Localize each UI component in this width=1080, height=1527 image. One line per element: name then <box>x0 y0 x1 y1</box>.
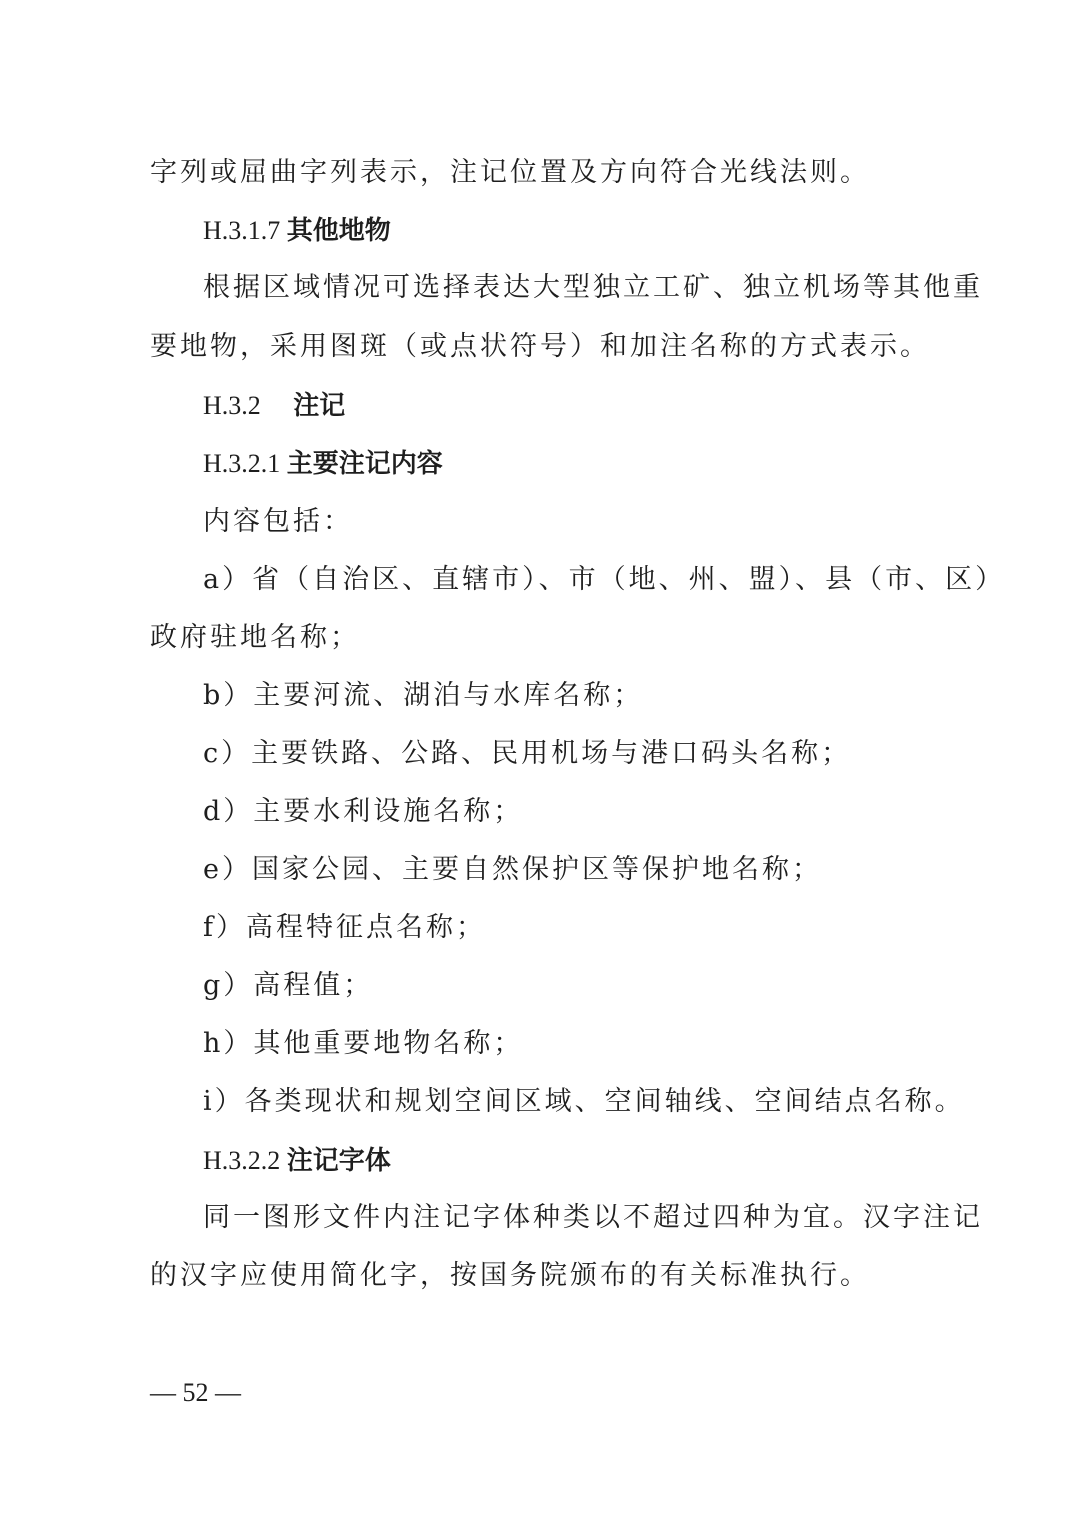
paragraph-line: 的汉字应使用简化字，按国务院颁布的有关标准执行。 <box>150 1258 870 1294</box>
paragraph-line: 同一图形文件内注记字体种类以不超过四种为宜。汉字注记 <box>203 1200 983 1236</box>
section-title: 其他地物 <box>287 216 391 246</box>
section-heading-h3-2-2: H.3.2.2 注记字体 <box>203 1143 391 1179</box>
section-heading-h3-2: H.3.2 注记 <box>203 388 345 424</box>
section-number: H.3.2.2 <box>203 1146 287 1175</box>
paragraph-line: 内容包括： <box>203 504 353 540</box>
section-heading-h3-2-1: H.3.2.1 主要注记内容 <box>203 446 443 482</box>
paragraph-line: 要地物，采用图斑（或点状符号）和加注名称的方式表示。 <box>150 329 930 365</box>
section-title: 注记字体 <box>287 1146 391 1176</box>
section-number: H.3.1.7 <box>203 216 287 245</box>
list-item-h: h）其他重要地物名称； <box>203 1026 523 1062</box>
paragraph-line: 根据区域情况可选择表达大型独立工矿、独立机场等其他重 <box>203 270 983 306</box>
list-item-a: a）省（自治区、直辖市）、市（地、州、盟）、县（市、区） <box>203 562 1005 598</box>
paragraph-line: 字列或屈曲字列表示，注记位置及方向符合光线法则。 <box>150 155 870 191</box>
list-item-a-continued: 政府驻地名称； <box>150 620 360 656</box>
list-item-d: d）主要水利设施名称； <box>203 794 523 830</box>
list-item-c: c）主要铁路、公路、民用机场与港口码头名称； <box>203 736 851 772</box>
section-title: 主要注记内容 <box>287 449 443 479</box>
list-item-e: e）国家公园、主要自然保护区等保护地名称； <box>203 852 822 888</box>
section-heading-h3-1-7: H.3.1.7 其他地物 <box>203 213 391 249</box>
section-number: H.3.2.1 <box>203 449 287 478</box>
section-number: H.3.2 <box>203 391 293 420</box>
section-title: 注记 <box>293 391 345 421</box>
list-item-b: b）主要河流、湖泊与水库名称； <box>203 678 643 714</box>
list-item-i: i）各类现状和规划空间区域、空间轴线、空间结点名称。 <box>203 1084 965 1120</box>
list-item-g: g）高程值； <box>203 968 373 1004</box>
list-item-f: f）高程特征点名称； <box>203 910 486 946</box>
page-number: — 52 — <box>150 1375 241 1411</box>
